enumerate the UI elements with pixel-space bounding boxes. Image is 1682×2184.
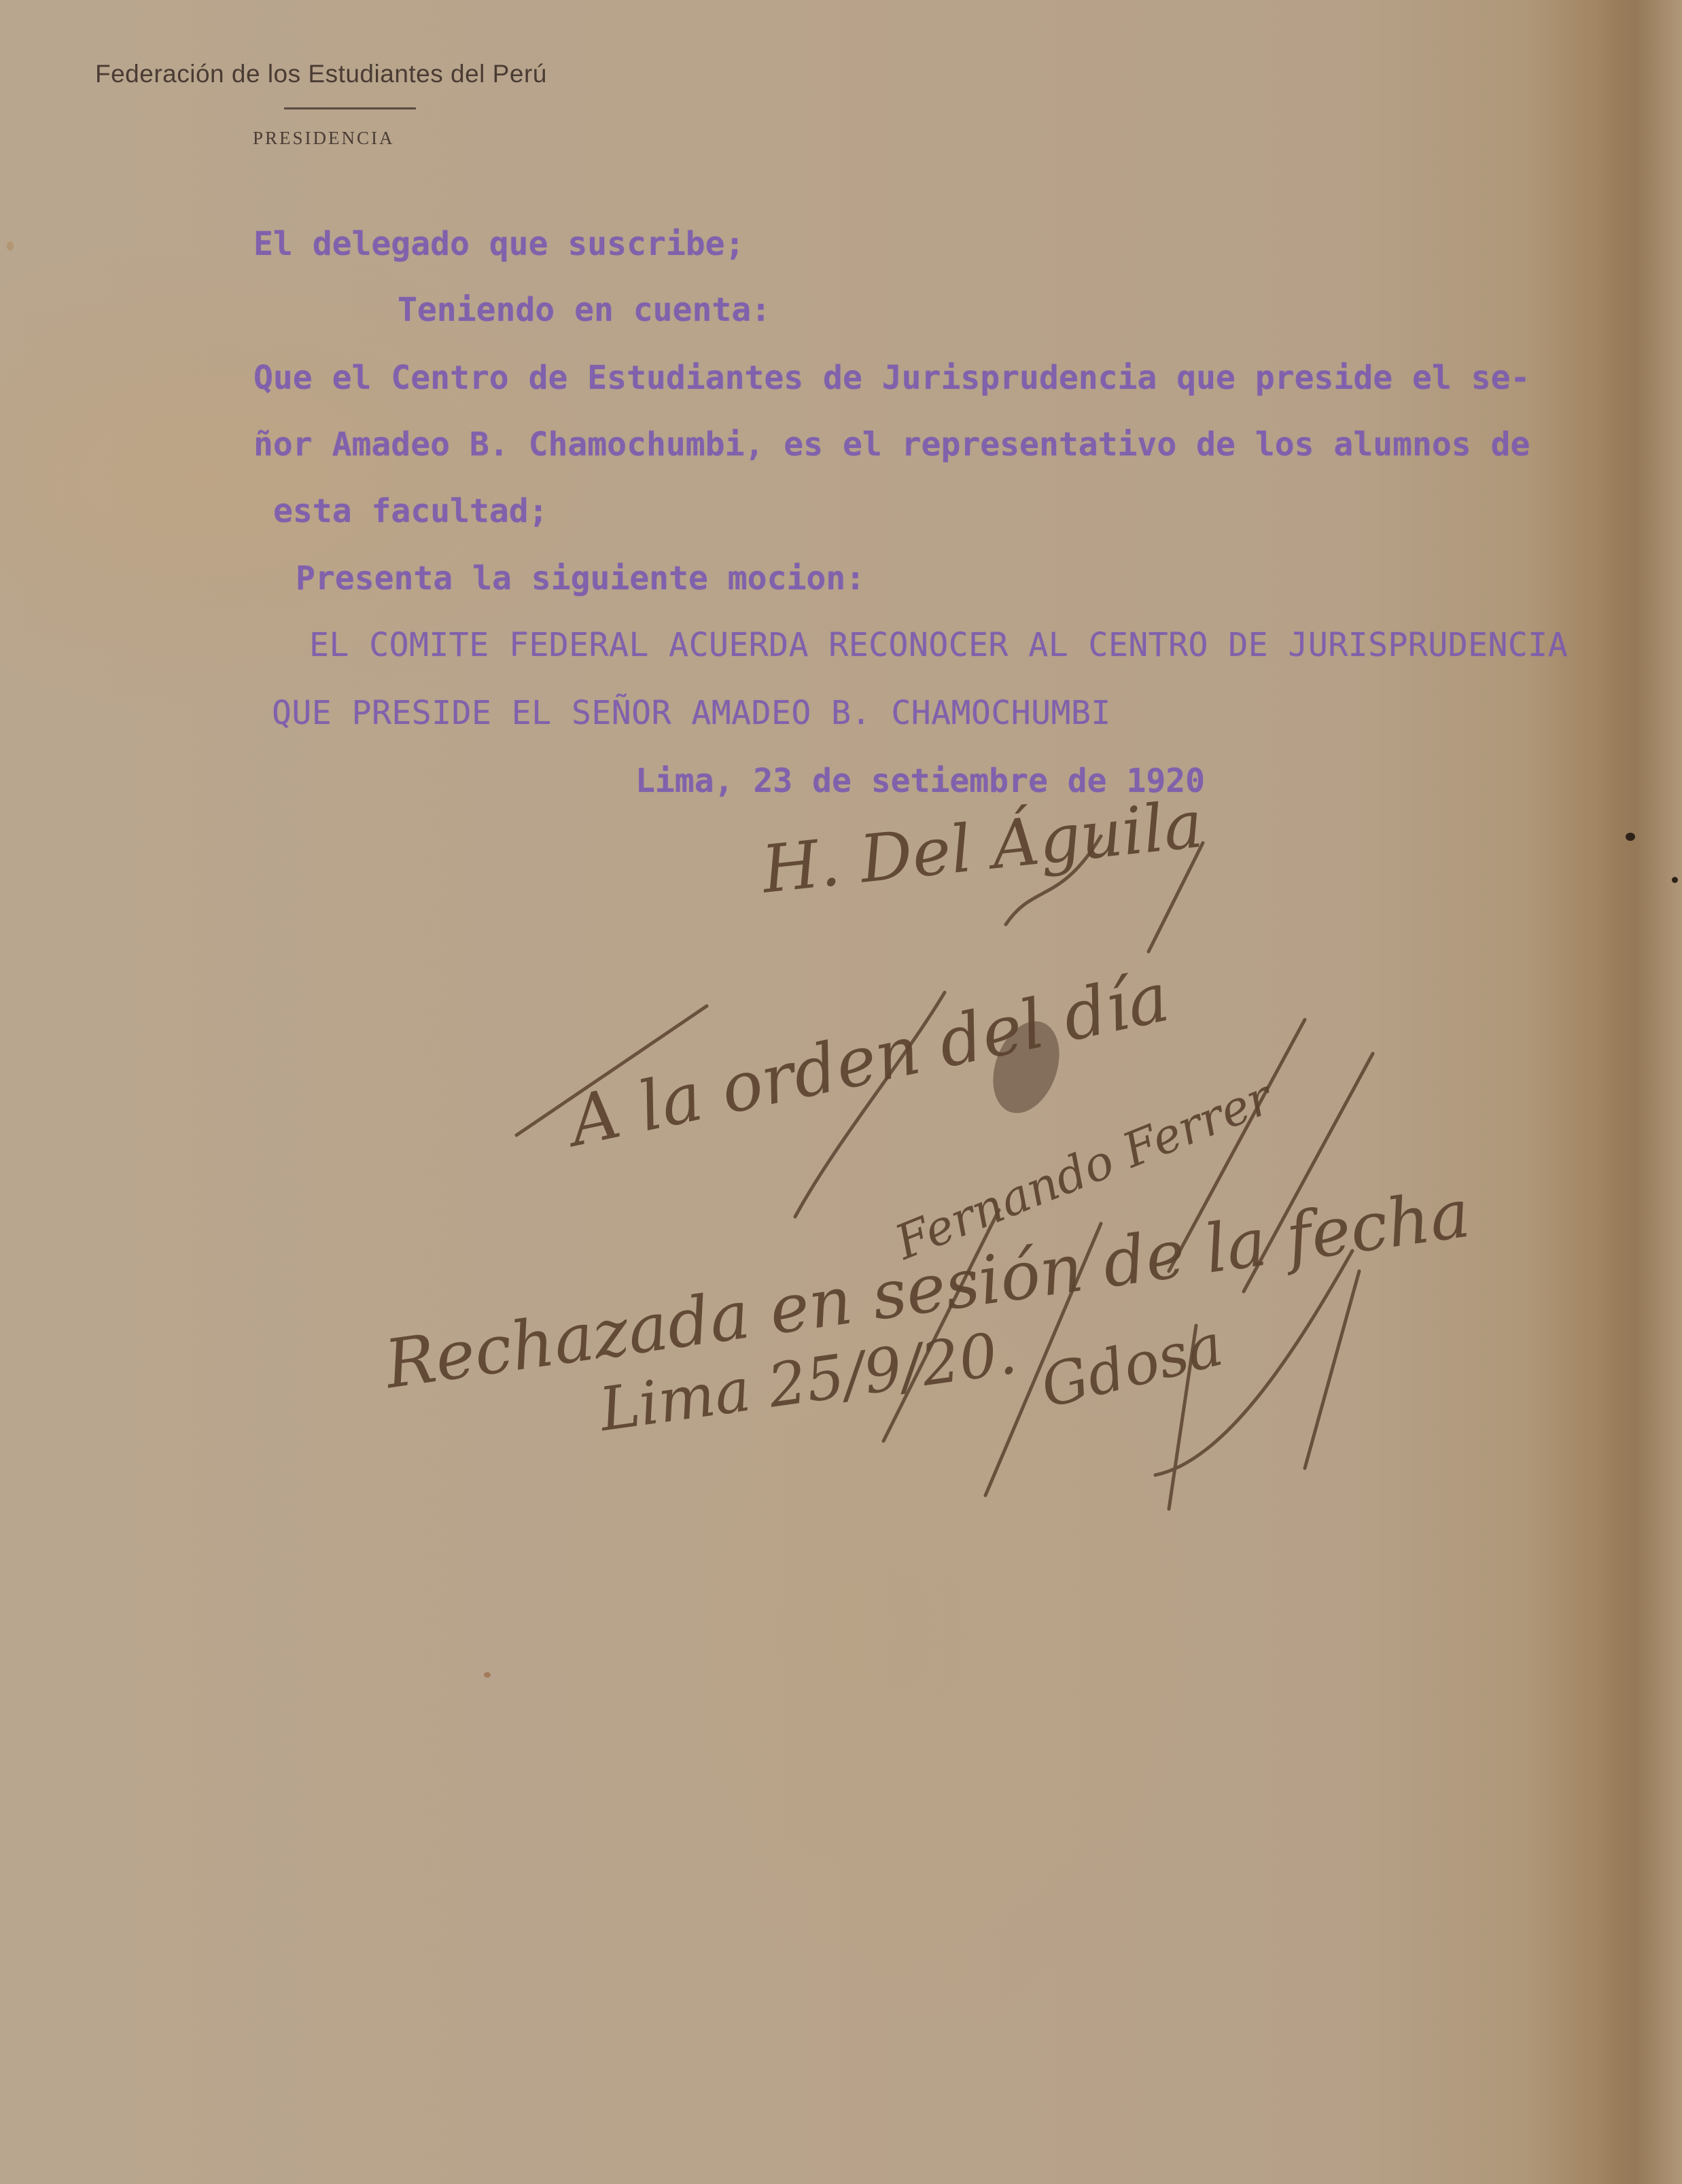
- date-line: Lima, 23 de setiembre de 1920: [635, 765, 1205, 797]
- body-line-motion-2: QUE PRESIDE EL SEÑOR AMADEO B. CHAMOCHUM…: [272, 697, 1111, 729]
- body-line-considering: Teniendo en cuenta:: [398, 294, 771, 326]
- letterhead-divider: [284, 107, 416, 109]
- paper-stain: [1626, 833, 1635, 841]
- body-line-whereas-3: esta facultad;: [273, 495, 548, 527]
- letterhead-organization: Federación de los Estudiantes del Perú: [95, 60, 547, 88]
- body-line-motion-intro: Presenta la siguiente mocion:: [296, 562, 865, 595]
- body-line-motion-1: EL COMITE FEDERAL ACUERDA RECONOCER AL C…: [309, 629, 1568, 661]
- paper-stain: [1672, 877, 1678, 883]
- body-line-salutation: El delegado que suscribe;: [253, 228, 744, 260]
- paper-stain: [484, 1672, 491, 1678]
- paper-stain: [7, 241, 14, 251]
- body-line-whereas-1: Que el Centro de Estudiantes de Jurispru…: [253, 362, 1530, 394]
- letterhead-office: PRESIDENCIA: [253, 128, 395, 149]
- body-line-whereas-2: ñor Amadeo B. Chamochumbi, es el represe…: [253, 428, 1530, 461]
